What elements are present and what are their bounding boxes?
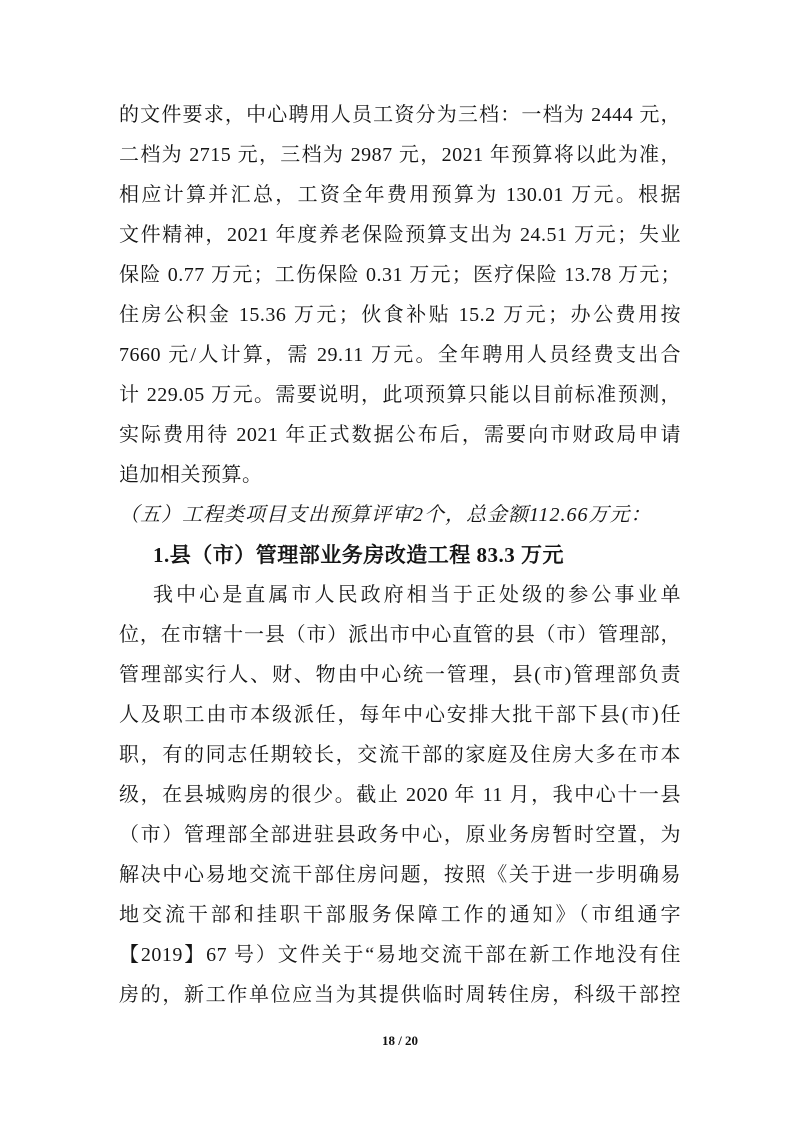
body-line: 我中心是直属市人民政府相当于正处级的参公事业单 [119, 575, 681, 615]
body-line: 计 229.05 万元。需要说明，此项预算只能以目前标准预测， [119, 375, 681, 415]
document-page: 的文件要求，中心聘用人员工资分为三档：一档为 2444 元， 二档为 2715 … [0, 0, 800, 1131]
body-line: （市）管理部全部进驻县政务中心，原业务房暂时空置，为 [119, 815, 681, 855]
page-number: 18 / 20 [0, 1031, 800, 1051]
body-line: 的文件要求，中心聘用人员工资分为三档：一档为 2444 元， [119, 95, 681, 135]
body-line: 地交流干部和挂职干部服务保障工作的通知》（市组通字 [119, 895, 681, 935]
page-body: 的文件要求，中心聘用人员工资分为三档：一档为 2444 元， 二档为 2715 … [119, 95, 681, 1015]
body-line: 追加相关预算。 [119, 455, 681, 495]
section-heading: （五）工程类项目支出预算评审2个，总金额112.66万元： [119, 495, 681, 535]
body-line: 实际费用待 2021 年正式数据公布后，需要向市财政局申请 [119, 415, 681, 455]
body-line: 【2019】67 号）文件关于“易地交流干部在新工作地没有住 [119, 935, 681, 975]
body-line: 人及职工由市本级派任，每年中心安排大批干部下县(市)任 [119, 695, 681, 735]
body-line: 7660 元/人计算，需 29.11 万元。全年聘用人员经费支出合 [119, 335, 681, 375]
body-line: 二档为 2715 元，三档为 2987 元，2021 年预算将以此为准， [119, 135, 681, 175]
body-line: 位，在市辖十一县（市）派出市中心直管的县（市）管理部， [119, 615, 681, 655]
body-line: 管理部实行人、财、物由中心统一管理，县(市)管理部负责 [119, 655, 681, 695]
body-line: 级，在县城购房的很少。截止 2020 年 11 月，我中心十一县 [119, 775, 681, 815]
body-line: 文件精神，2021 年度养老保险预算支出为 24.51 万元；失业 [119, 215, 681, 255]
body-line: 住房公积金 15.36 万元；伙食补贴 15.2 万元；办公费用按 [119, 295, 681, 335]
body-line: 保险 0.77 万元；工伤保险 0.31 万元；医疗保险 13.78 万元； [119, 255, 681, 295]
body-line: 职，有的同志任期较长，交流干部的家庭及住房大多在市本 [119, 735, 681, 775]
body-line: 房的，新工作单位应当为其提供临时周转住房，科级干部控 [119, 975, 681, 1015]
body-line: 解决中心易地交流干部住房问题，按照《关于进一步明确易 [119, 855, 681, 895]
body-line: 相应计算并汇总，工资全年费用预算为 130.01 万元。根据 [119, 175, 681, 215]
item-heading: 1.县（市）管理部业务房改造工程 83.3 万元 [119, 535, 681, 575]
